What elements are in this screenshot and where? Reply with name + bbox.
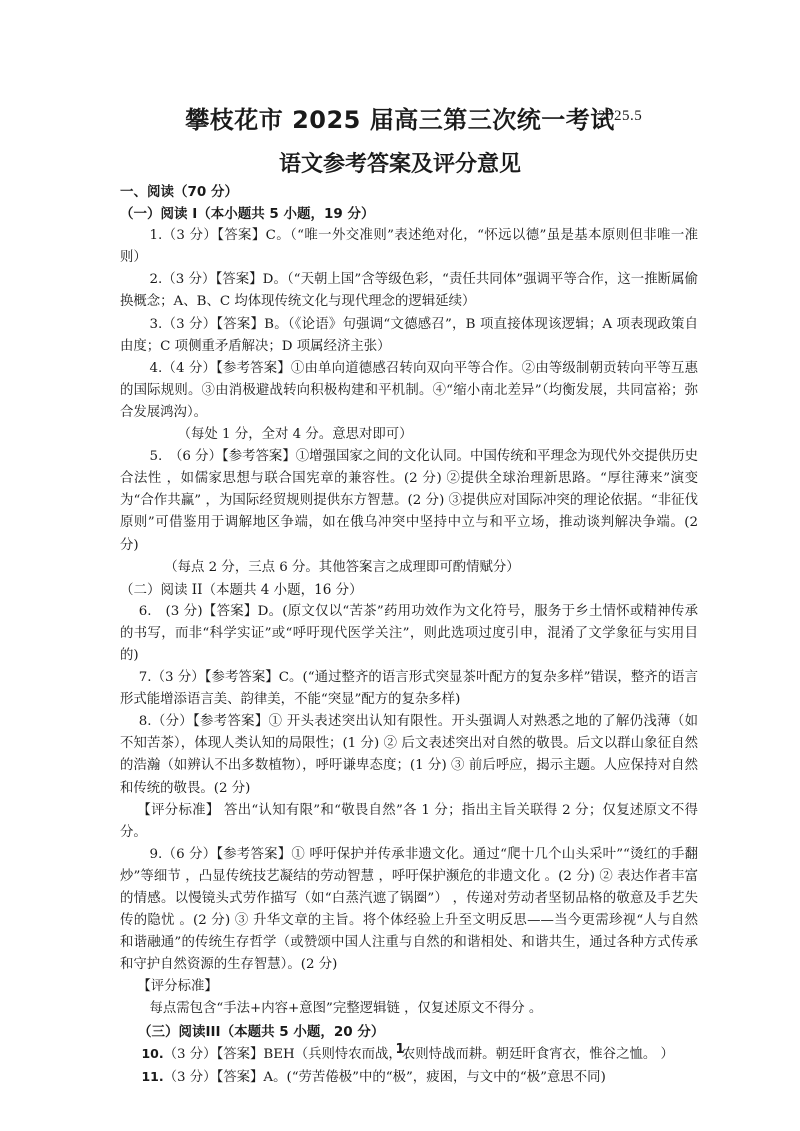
part-heading-reading-3: （三）阅读III（本题共 5 小题，20 分） <box>138 1021 698 1043</box>
document-subtitle: 语文参考答案及评分意见 <box>0 147 800 178</box>
scoring-note-q4: （每处 1 分，全对 4 分。意思对即可） <box>120 424 698 446</box>
answer-item-q3: 3.（3 分）【答案】B。（《论语》句强调“文德感召”，B 项直接体现该逻辑；A… <box>120 314 698 358</box>
document-body: 一、阅读（70 分） （一）阅读 I（本小题共 5 小题，19 分） 1.（3 … <box>120 181 698 1089</box>
section-heading-reading: 一、阅读（70 分） <box>120 181 698 203</box>
answer-item-q7: 7.（3 分）【参考答案】C。(“通过整齐的语言形式突显茶叶配方的复杂多样”错误… <box>120 667 698 711</box>
answer-item-q5: 5. （6 分）【参考答案】①增强国家之间的文化认同。中国传统和平理念为现代外交… <box>120 446 698 556</box>
answer-item-q6: 6. (3 分)【答案】D。(原文仅以“苦茶”药用功效作为文化符号，服务于乡土情… <box>120 601 698 667</box>
answer-item-q2: 2.（3 分）【答案】D。（“天朝上国”含等级色彩，“责任共同体”强调平等合作，… <box>120 269 698 313</box>
answer-item-q11: 11.（3 分）【答案】A。(“劳苦倦极”中的“极”，疲困，与文中的“极”意思不… <box>120 1066 698 1089</box>
answer-item-q1: 1.（3 分）【答案】C。（“唯一外交准则”表述绝对化，“怀远以德”虽是基本原则… <box>120 225 698 269</box>
page-number: 1 <box>0 1042 800 1057</box>
answer-text: （3 分）【答案】A。(“劳苦倦极”中的“极”，疲困，与文中的“极”意思不同) <box>164 1070 606 1085</box>
scoring-criteria-q8: 【评分标准】 答出“认知有限”和“敬畏自然”各 1 分；指出主旨关联得 2 分；… <box>120 800 698 844</box>
scoring-note-q5: （每点 2 分，三点 6 分。其他答案言之成理即可酌情赋分） <box>120 557 698 579</box>
answer-item-q8: 8.（分）【参考答案】① 开头表述突出认知有限性。开头强调人对熟悉之地的了解仍浅… <box>120 711 698 799</box>
part-heading-reading-2: （二）阅读 II（本题共 4 小题，16 分） <box>120 579 698 601</box>
exam-title-text: 攀枝花市 2025 届高三第三次统一考试 <box>185 106 615 134</box>
exam-date: 2025.5 <box>598 108 642 125</box>
exam-title: 攀枝花市 2025 届高三第三次统一考试 2025.5 <box>0 100 800 135</box>
part-heading-reading-1: （一）阅读 I（本小题共 5 小题，19 分） <box>120 203 698 225</box>
question-number: 11. <box>141 1069 163 1084</box>
answer-item-q9: 9.（6 分）【参考答案】① 呼吁保护并传承非遗文化。通过“爬十几个山头采叶”“… <box>120 844 698 977</box>
answer-key-page: 攀枝花市 2025 届高三第三次统一考试 2025.5 语文参考答案及评分意见 … <box>0 0 800 1131</box>
answer-item-q4: 4.（4 分）【参考答案】①由单向道德感召转向双向平等合作。②由等级制朝贡转向平… <box>120 358 698 424</box>
scoring-criteria-heading-q9: 【评分标准】 <box>120 976 698 998</box>
scoring-criteria-body-q9: 每点需包含“手法+内容+意图”完整逻辑链 ，仅复述原文不得分 。 <box>120 998 698 1020</box>
